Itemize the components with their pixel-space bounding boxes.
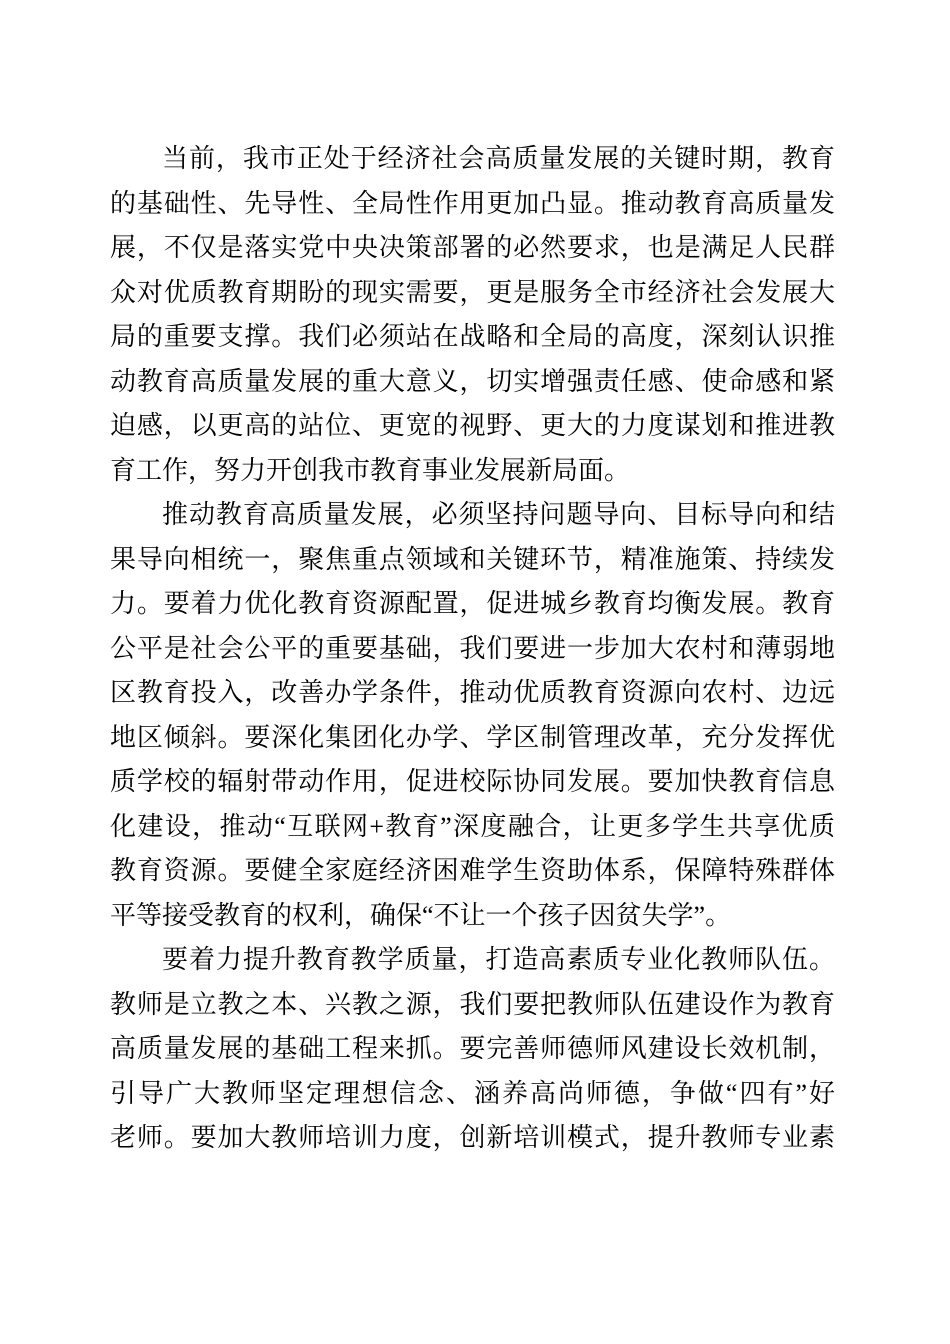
text-line: 引导广大教师坚定理想信念、涵养高尚师德，争做“四有”好 [110,1072,835,1117]
text-line: 公平是社会公平的重要基础，我们要进一步加大农村和薄弱地 [110,627,835,672]
text-line: 平等接受教育的权利，确保“不让一个孩子因贫失学”。 [110,894,835,939]
text-line: 育工作，努力开创我市教育事业发展新局面。 [110,449,835,494]
paragraph: 推动教育高质量发展，必须坚持问题导向、目标导向和结果导向相统一，聚焦重点领域和关… [110,493,835,938]
text-line: 展，不仅是落实党中央决策部署的必然要求，也是满足人民群 [110,226,835,271]
text-line: 高质量发展的基础工程来抓。要完善师德师风建设长效机制， [110,1027,835,1072]
text-line: 要着力提升教育教学质量，打造高素质专业化教师队伍。 [110,938,835,983]
paragraph: 要着力提升教育教学质量，打造高素质专业化教师队伍。教师是立教之本、兴教之源，我们… [110,938,835,1161]
document-page: 当前，我市正处于经济社会高质量发展的关键时期，教育的基础性、先导性、全局性作用更… [0,0,950,1344]
text-line: 教育资源。要健全家庭经济困难学生资助体系，保障特殊群体 [110,849,835,894]
text-line: 地区倾斜。要深化集团化办学、学区制管理改革，充分发挥优 [110,716,835,761]
text-line: 局的重要支撑。我们必须站在战略和全局的高度，深刻认识推 [110,315,835,360]
text-line: 老师。要加大教师培训力度，创新培训模式，提升教师专业素 [110,1116,835,1161]
text-line: 迫感，以更高的站位、更宽的视野、更大的力度谋划和推进教 [110,404,835,449]
text-line: 教师是立教之本、兴教之源，我们要把教师队伍建设作为教育 [110,983,835,1028]
text-line: 的基础性、先导性、全局性作用更加凸显。推动教育高质量发 [110,182,835,227]
text-line: 当前，我市正处于经济社会高质量发展的关键时期，教育 [110,137,835,182]
text-line: 力。要着力优化教育资源配置，促进城乡教育均衡发展。教育 [110,582,835,627]
text-line: 推动教育高质量发展，必须坚持问题导向、目标导向和结 [110,493,835,538]
text-line: 动教育高质量发展的重大意义，切实增强责任感、使命感和紧 [110,360,835,405]
text-line: 果导向相统一，聚焦重点领域和关键环节，精准施策、持续发 [110,538,835,583]
text-line: 众对优质教育期盼的现实需要，更是服务全市经济社会发展大 [110,271,835,316]
text-line: 质学校的辐射带动作用，促进校际协同发展。要加快教育信息 [110,760,835,805]
document-body: 当前，我市正处于经济社会高质量发展的关键时期，教育的基础性、先导性、全局性作用更… [110,137,835,1161]
paragraph: 当前，我市正处于经济社会高质量发展的关键时期，教育的基础性、先导性、全局性作用更… [110,137,835,493]
text-line: 区教育投入，改善办学条件，推动优质教育资源向农村、边远 [110,671,835,716]
text-line: 化建设，推动“互联网+教育”深度融合，让更多学生共享优质 [110,805,835,850]
